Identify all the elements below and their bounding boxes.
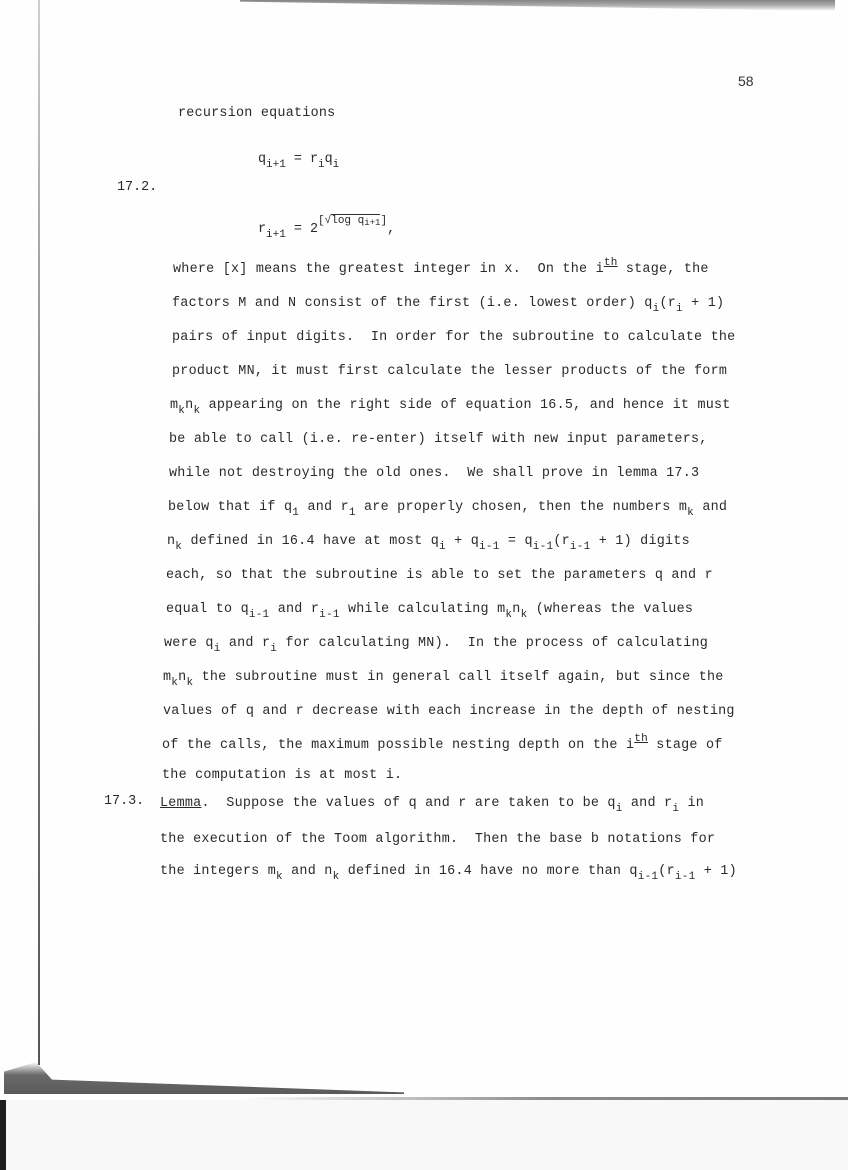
text-run: and r <box>269 602 319 617</box>
text-run: while calculating m <box>340 602 506 617</box>
eq-r-comma: , <box>387 222 395 237</box>
subscript: k <box>178 405 185 417</box>
text-run: are properly chosen, then the numbers m <box>356 500 687 515</box>
text-run: and r <box>221 636 271 651</box>
eq-r-log-q-sub: i+1 <box>364 218 380 228</box>
text-run: and r <box>623 796 673 811</box>
equation-r-recursion: ri+1 = 2[√log qi+1], <box>258 222 395 237</box>
scan-left-dark-bar <box>0 1100 6 1170</box>
eq-q-rhs-r: r <box>310 152 318 167</box>
eq-r-lhs-sub: i+1 <box>266 229 286 241</box>
subscript: i-1 <box>533 541 554 553</box>
text-run: product MN, it must first calculate the … <box>172 364 727 379</box>
subscript: k <box>175 541 182 553</box>
equation-label-17-2: 17.2. <box>117 180 157 195</box>
lemma-label-17-3: 17.3. <box>104 794 144 809</box>
text-run: in <box>679 796 704 811</box>
lemma-line: the execution of the Toom algorithm. The… <box>160 832 715 847</box>
text-run: be able to call (i.e. re-enter) itself w… <box>169 432 708 447</box>
subscript: i-1 <box>479 541 500 553</box>
text-run: appearing on the right side of equation … <box>200 398 730 413</box>
text-run: each, so that the subroutine is able to … <box>166 568 713 583</box>
lemma-line: the integers mk and nk defined in 16.4 h… <box>160 864 737 879</box>
text-run: pairs of input digits. In order for the … <box>172 330 735 345</box>
lemma-line: Lemma. Suppose the values of q and r are… <box>160 796 704 811</box>
paragraph-line: each, so that the subroutine is able to … <box>166 568 713 583</box>
subscript: i-1 <box>638 871 659 883</box>
subscript: k <box>186 677 193 689</box>
subscript: 1 <box>292 507 299 519</box>
paragraph-line: were qi and ri for calculating MN). In t… <box>164 636 708 651</box>
text-run: defined in 16.4 have at most q <box>182 534 439 549</box>
text-run: the execution of the Toom algorithm. The… <box>160 832 715 847</box>
eq-q-rhs-r-sub: i <box>318 159 325 171</box>
scan-bottom-edge-shadow <box>4 1062 404 1094</box>
floor-open-bracket: [ <box>318 215 325 227</box>
paragraph-line: be able to call (i.e. re-enter) itself w… <box>169 432 708 447</box>
sqrt-radicand: log qi+1 <box>331 214 380 227</box>
eq-r-equals: = <box>286 222 310 237</box>
text-run: and <box>694 500 727 515</box>
text-run: stage, the <box>618 262 709 277</box>
paragraph-line: pairs of input digits. In order for the … <box>172 330 735 345</box>
text-run: (r <box>553 534 570 549</box>
eq-r-exponent: [√log qi+1] <box>318 215 387 227</box>
text-run: + 1) digits <box>590 534 689 549</box>
text-run: + 1) <box>695 864 736 879</box>
text-run: defined in 16.4 have no more than q <box>339 864 637 879</box>
paragraph-line: equal to qi-1 and ri-1 while calculating… <box>166 602 693 617</box>
floor-close-bracket: ] <box>380 215 387 227</box>
text-run: below that if q <box>168 500 292 515</box>
subscript: i <box>439 541 446 553</box>
paragraph-line: product MN, it must first calculate the … <box>172 364 727 379</box>
text-run: while not destroying the old ones. We sh… <box>169 466 699 481</box>
text-run: of the calls, the maximum possible nesti… <box>162 738 634 753</box>
eq-q-lhs-var: q <box>258 152 266 167</box>
subscript: i-1 <box>319 609 340 621</box>
subscript: i <box>672 803 679 815</box>
subscript: i-1 <box>675 871 696 883</box>
subscript: k <box>521 609 528 621</box>
text-run: (r <box>658 864 675 879</box>
eq-r-lhs-var: r <box>258 222 266 237</box>
subscript: i-1 <box>249 609 270 621</box>
text-run: stage of <box>648 738 723 753</box>
eq-r-base: 2 <box>310 222 318 237</box>
subscript: k <box>687 507 694 519</box>
scan-lower-strip <box>0 1100 848 1170</box>
subscript: i-1 <box>570 541 591 553</box>
text-run: and n <box>283 864 333 879</box>
eq-q-rhs-q-sub: i <box>333 159 340 171</box>
text-run: = q <box>500 534 533 549</box>
subscript: k <box>171 677 178 689</box>
text-run: the subroutine must in general call itse… <box>193 670 723 685</box>
paragraph-line: below that if q1 and r1 are properly cho… <box>168 500 727 515</box>
paragraph-line: the computation is at most i. <box>162 768 402 783</box>
paragraph-line: values of q and r decrease with each inc… <box>163 704 735 719</box>
subscript: i <box>214 643 221 655</box>
text-run: where [x] means the greatest integer in … <box>173 262 604 277</box>
subscript: i <box>676 303 683 315</box>
paragraph-line: mknk appearing on the right side of equa… <box>170 398 731 413</box>
scanned-page: 58 recursion equations 17.2. qi+1 = riqi… <box>0 0 848 1170</box>
paragraph-line: mknk the subroutine must in general call… <box>163 670 724 685</box>
text-run: for calculating MN). In the process of c… <box>277 636 708 651</box>
subscript: k <box>193 405 200 417</box>
eq-q-rhs-q: q <box>325 152 333 167</box>
paragraph-line: of the calls, the maximum possible nesti… <box>162 738 723 753</box>
superscript: th <box>604 257 618 269</box>
eq-r-log-q: log q <box>331 215 364 227</box>
text-run: + 1) <box>683 296 724 311</box>
subscript: i <box>270 643 277 655</box>
subscript: 1 <box>349 507 356 519</box>
text-run: the computation is at most i. <box>162 768 402 783</box>
text-run: factors M and N consist of the first (i.… <box>172 296 653 311</box>
paragraph-line: where [x] means the greatest integer in … <box>173 262 709 277</box>
subscript: k <box>333 871 340 883</box>
text-run: + q <box>446 534 479 549</box>
paragraph-line: factors M and N consist of the first (i.… <box>172 296 724 311</box>
text-run: . Suppose the values of q and r are take… <box>201 796 615 811</box>
paragraph-line: nk defined in 16.4 have at most qi + qi-… <box>167 534 690 549</box>
text-run: (whereas the values <box>527 602 693 617</box>
scan-left-binding-line <box>38 0 40 1065</box>
text-run: equal to q <box>166 602 249 617</box>
equation-q-recursion: qi+1 = riqi <box>258 152 339 167</box>
text-run: values of q and r decrease with each inc… <box>163 704 735 719</box>
scan-top-edge-shadow <box>240 0 835 11</box>
eq-q-lhs-sub: i+1 <box>266 159 286 171</box>
subscript: k <box>276 871 283 883</box>
lemma-title: Lemma <box>160 796 201 811</box>
intro-text: recursion equations <box>178 106 335 121</box>
text-run: (r <box>659 296 676 311</box>
subscript: i <box>616 803 623 815</box>
subscript: k <box>505 609 512 621</box>
superscript: th <box>634 733 648 745</box>
page-number: 58 <box>738 73 754 89</box>
text-run: the integers m <box>160 864 276 879</box>
subscript: i <box>653 303 660 315</box>
paragraph-line: while not destroying the old ones. We sh… <box>169 466 699 481</box>
text-run: n <box>512 602 520 617</box>
eq-q-equals: = <box>286 152 310 167</box>
text-run: were q <box>164 636 214 651</box>
text-run: and r <box>299 500 349 515</box>
